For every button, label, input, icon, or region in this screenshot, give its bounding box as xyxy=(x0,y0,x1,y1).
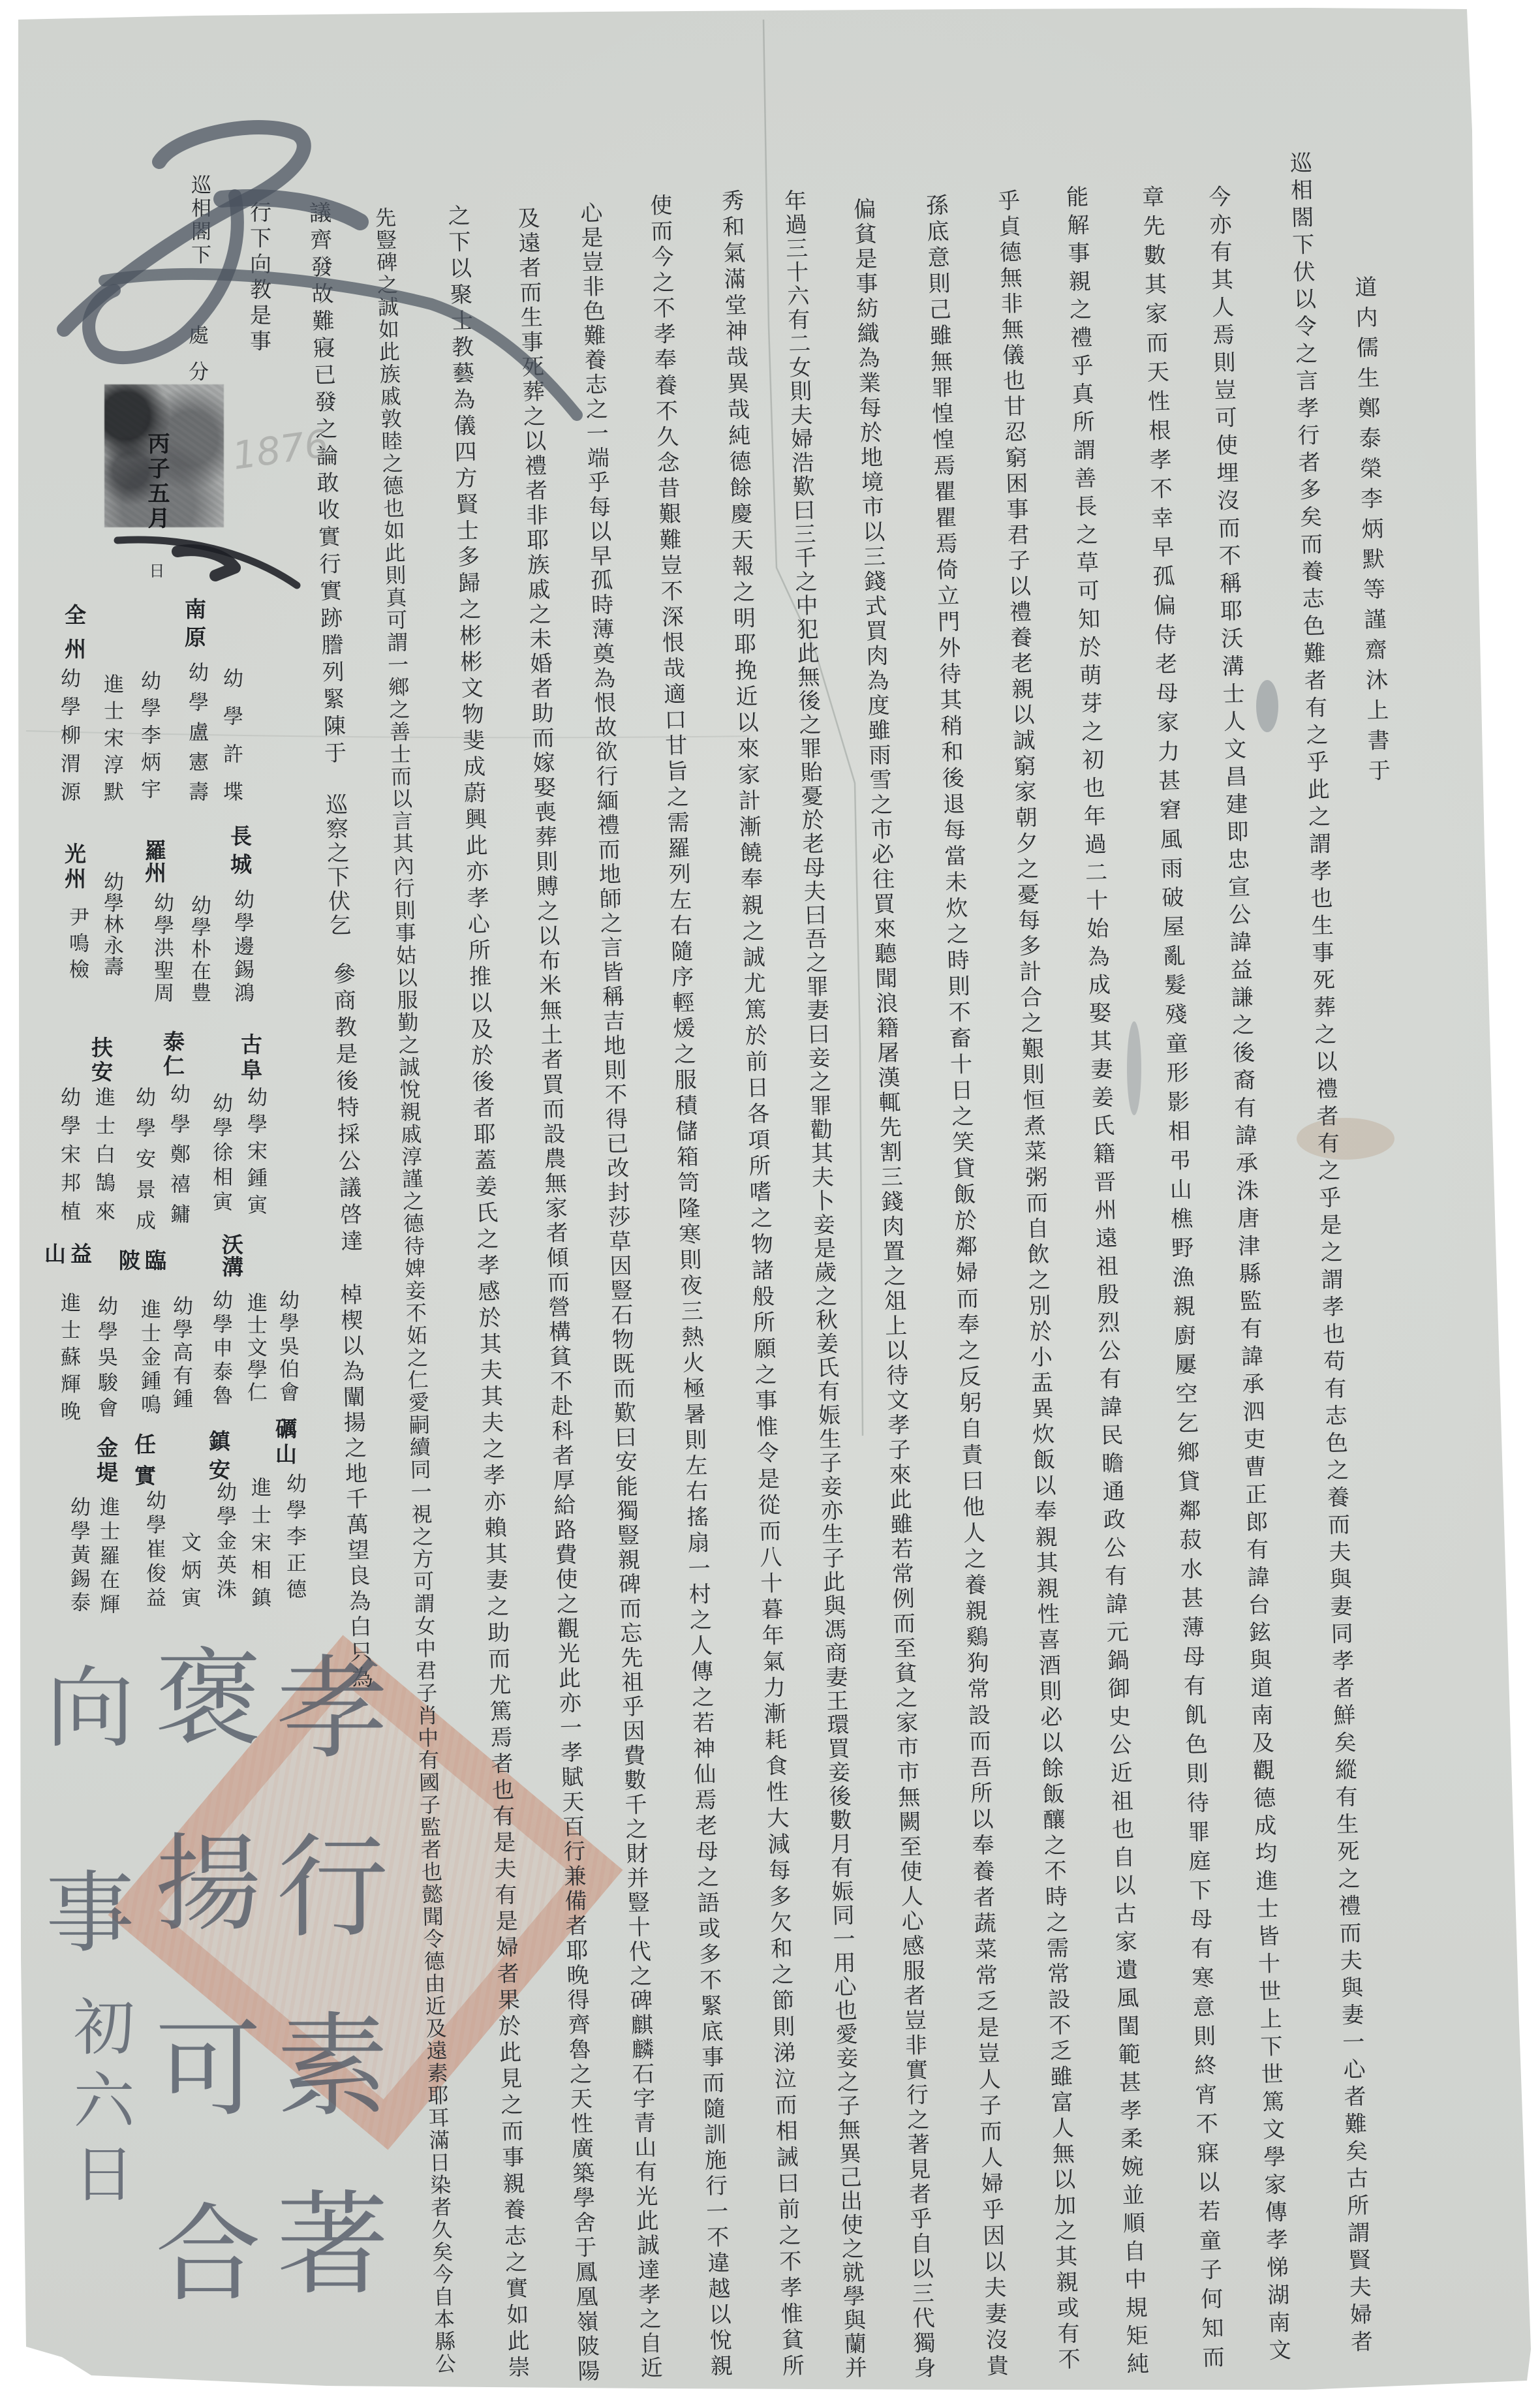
decision-calligraphy: 向事 xyxy=(36,1661,127,1954)
signatory-district: 金堤 xyxy=(93,1436,119,1483)
signatory-name: 幼學李炳宇 xyxy=(136,670,162,799)
decision-calligraphy: 褒揚可合 xyxy=(142,1643,256,2304)
signatory-name: 文炳寅 xyxy=(176,1532,202,1607)
signatory-name: 幼學崔俊益 xyxy=(141,1490,167,1607)
petition-header: 道内儒生鄭泰榮李炳默等謹齋沐上書于 xyxy=(1349,275,1392,782)
petition-closing-request: 議齊發故難寢已發之論敢收實行實跡謄列緊陳于 xyxy=(303,201,348,764)
decision-date: 初六日 xyxy=(65,1995,131,2203)
signatory-name: 幼學鄭禧鏞 xyxy=(165,1083,191,1224)
decision-calligraphy: 孝行素著 xyxy=(261,1649,385,2297)
signatory-name: 進士宋淳默 xyxy=(99,673,125,801)
signatory-name: 幼學高有鍾 xyxy=(168,1295,194,1408)
signatory-name: 幼學朴在豊 xyxy=(186,895,212,1002)
signatory-name: 幼學洪聖周 xyxy=(149,892,175,1002)
endorsement-disposition: 處分 xyxy=(183,324,209,381)
day-mark: 日 xyxy=(142,563,168,582)
signatory-name: 進士羅在輝 xyxy=(95,1496,121,1614)
signatory-name: 幼學申泰魯 xyxy=(208,1289,234,1405)
petition-body-column: 使而今之不孝奉養不久念昔艱難豈不深恨哉適口甘旨之需羅列左右隨序輕煖之服積儲箱笥隆… xyxy=(644,193,733,2377)
petition-body-column: 能解事親之禮乎真所謂善長之草可知於萌芽之初也年過二十始為成娶其妻姜氏籍晋州遠祖殷… xyxy=(1060,185,1150,2375)
signatory-district: 泰仁 xyxy=(159,1030,185,1076)
signatory-name: 幼學盧憲壽 xyxy=(183,662,209,801)
signatory-district: 扶安 xyxy=(87,1036,114,1082)
signatory-name: 幼學吳駿會 xyxy=(93,1295,119,1417)
flourish-stroke xyxy=(222,198,360,222)
petition-closing-plea: 參商教是後特採公議啓達 xyxy=(328,961,364,1252)
seal-date: 丙子五月 xyxy=(144,432,170,529)
ink-smudge xyxy=(1127,1021,1141,1115)
signatory-name: 進士蘇輝晚 xyxy=(55,1292,82,1421)
endorsement-addressee: 巡相閤下 xyxy=(186,174,212,264)
signatory-name: 幼學金英洙 xyxy=(211,1481,238,1599)
petition-body-column: 乎貞德無非無儀也甘忍窮困事君子以禮養老親以誠窮家朝夕之憂每多計合之艱則恒煮菜粥而… xyxy=(992,189,1081,2370)
signatory-name: 幼學吳伯會 xyxy=(274,1289,300,1402)
signatory-name: 幼學李正德 xyxy=(281,1473,307,1599)
signatory-name: 進士宋相鎮 xyxy=(246,1477,272,1607)
signatory-name: 幼學宋鍾寅 xyxy=(242,1087,268,1214)
document-paper: 道内儒生鄭泰榮李炳默等謹齋沐上書于 巡相閤下伏以令之言孝行者多矣而養志色難者有之… xyxy=(0,0,1540,2393)
signatory-name: 進士金鍾鳴 xyxy=(136,1299,162,1414)
signatory-name: 幼學黃錫泰 xyxy=(65,1496,91,1612)
signatory-district: 羅州 xyxy=(141,839,167,883)
signatory-name: 幼學安景成 xyxy=(131,1087,157,1230)
signatory-name: 幼學林永壽 xyxy=(99,871,125,976)
flourish-stroke xyxy=(177,550,235,576)
signatory-district: 鎮安 xyxy=(205,1430,231,1480)
signatory-district: 礪山 xyxy=(271,1417,298,1464)
signatory-district: 臨陂 xyxy=(141,1249,167,1291)
petition-closing-honorific: 巡察之下伏乞 xyxy=(320,792,352,936)
petition-closing-final: 棹楔以為闡揚之地千萬望良為白只為 xyxy=(334,1283,374,1689)
signatory-name: 幼學柳渭源 xyxy=(55,668,82,801)
signatory-district: 益山 xyxy=(67,1243,93,1284)
signatory-district: 沃溝 xyxy=(218,1233,244,1277)
signatory-name: 幼學徐相寅 xyxy=(208,1092,234,1211)
signatory-district: 全州 xyxy=(61,604,87,659)
signatory-district: 古阜 xyxy=(237,1033,263,1080)
signatory-district: 長城 xyxy=(226,825,253,874)
signatory-name: 幼學宋邦植 xyxy=(55,1087,82,1221)
petition-body-column: 孫底意則己雖無罪惶惶焉瞿瞿焉倚立門外待其稍和後退每當未炊之時則不畜十日之笑貸飯於… xyxy=(920,193,1009,2377)
endorsement-directive: 行下向教是事 xyxy=(246,201,272,351)
signatory-name: 進士文學仁 xyxy=(242,1292,268,1402)
signatory-district: 南原 xyxy=(181,598,207,647)
signatory-district: 任實 xyxy=(131,1433,157,1486)
petition-body-column: 偏貧是事紡織為業每於地境市以三錢式買肉為度雖雨雪之市必往買來聽聞浪籍屠漢輒先割三… xyxy=(848,197,937,2379)
ink-smudge xyxy=(1256,680,1278,732)
signatory-name: 幼學邊錫鴻 xyxy=(229,889,255,1002)
signatory-name: 尹鳴檢 xyxy=(64,906,90,979)
flourish-stroke xyxy=(89,196,238,358)
signatory-district: 光州 xyxy=(61,842,87,889)
signatory-name: 進士白鵠來 xyxy=(90,1087,116,1221)
signatory-name: 幼學許堞 xyxy=(218,668,244,801)
